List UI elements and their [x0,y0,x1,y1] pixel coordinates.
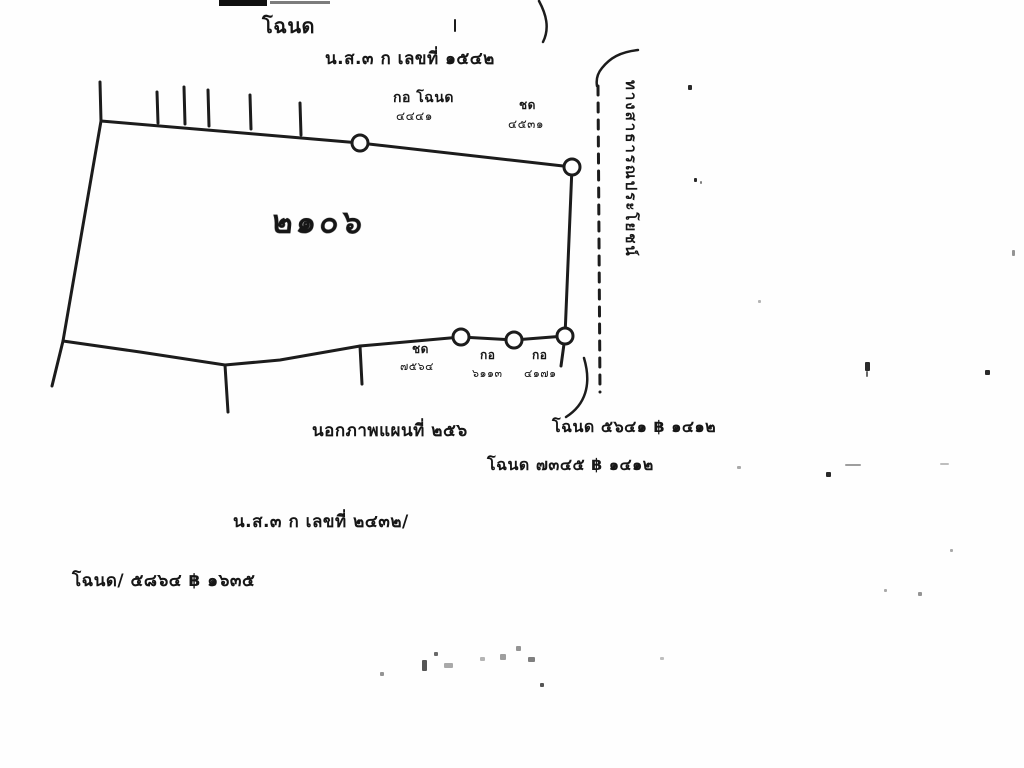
parcel-number-label: ๒๑๐๖ [270,206,367,240]
marker-label-number: ๗๕๖๔ [400,361,434,373]
scan-noise-speck [865,362,870,371]
boundary-tick [157,92,158,123]
survey-ref-top-label: น.ส.๓ ก เลขที่ ๑๕๔๒ [325,51,495,69]
boundary-tick [360,346,362,384]
boundary-tick [250,95,251,129]
scan-noise-speck [866,371,868,377]
public-road-dashed-line [598,86,600,392]
scanned-survey-sketch-page: โฉนด น.ส.๓ ก เลขที่ ๑๕๔๒ กอ โฉนด ๔๔๔๑ ชด… [0,0,1024,768]
scan-noise-speck [480,657,485,661]
leader-curve-bottom [566,358,587,417]
scan-noise-speck [918,592,922,596]
scan-noise-speck [434,652,438,656]
scan-noise-speck [688,85,692,90]
marker-label-code: กอ [480,349,495,362]
scan-noise-speck [528,657,535,662]
boundary-tick [52,341,63,386]
survey-marker-circle [506,332,522,348]
scan-noise-speck [500,654,506,660]
scan-noise-speck [845,464,861,466]
scan-noise-speck [694,178,697,182]
boundary-tick [300,103,301,135]
boundary-tick [225,365,228,412]
scan-noise-speck [380,672,384,676]
scan-noise-speck [985,370,990,375]
marker-label-number: ๖๑๑๓ [472,368,502,380]
boundary-tick [100,82,101,121]
scan-noise-speck [540,683,544,687]
survey-marker-circle [557,328,573,344]
note-deed-ref-2: โฉนด ๗๓๔๕ ฿ ๑๔๑๒ [487,457,654,474]
boundary-tick [208,90,209,126]
scan-noise-speck [940,463,949,465]
survey-marker-circle [564,159,580,175]
note-deed-ref-1: โฉนด ๕๖๔๑ ฿ ๑๔๑๒ [552,419,716,436]
note-deed-ref-3: โฉนด/ ๕๘๖๔ ฿ ๑๖๓๕ [72,573,255,591]
deed-title-word: โฉนด [262,16,315,37]
survey-marker-circle [453,329,469,345]
scan-noise-speck [422,660,427,671]
public-road-name-label: ทางสาธารณประโยชน์ [622,80,638,350]
scan-noise-speck [444,663,453,668]
marker-label-number: ๔๑๗๑ [524,368,557,380]
scan-noise-speck [950,549,953,552]
parcel-left-boundary [63,121,101,341]
top-edge-ink-smudge [219,0,267,6]
scan-noise-speck [660,657,664,660]
scan-noise-speck [826,472,831,477]
scan-noise-speck [1012,250,1015,256]
scan-noise-speck [700,181,702,184]
marker-label-code: ชด [519,99,536,112]
scan-noise-speck [884,589,887,592]
survey-marker-circle [352,135,368,151]
parcel-sketch-drawing [0,0,1024,768]
marker-label-number: ๔๕๓๑ [508,118,544,131]
scan-noise-speck [516,646,521,651]
marker-label-code: กอ โฉนด [393,91,454,106]
note-map-sheet-ref: นอกภาพแผนที่ ๒๕๖ [312,423,468,441]
parcel-top-boundary [101,121,572,167]
boundary-tick [184,87,185,124]
top-edge-ink-smudge [270,1,330,4]
marker-label-code: ชด [412,343,429,356]
scan-noise-speck [737,466,741,469]
parcel-right-boundary [565,167,572,336]
leader-curve-top [539,1,547,42]
note-survey-ref-bottom: น.ส.๓ ก เลขที่ ๒๔๓๒/ [233,514,409,532]
scan-noise-speck [758,300,761,303]
marker-label-code: กอ [532,349,547,362]
boundary-stub [561,344,564,366]
marker-label-number: ๔๔๔๑ [396,110,433,123]
